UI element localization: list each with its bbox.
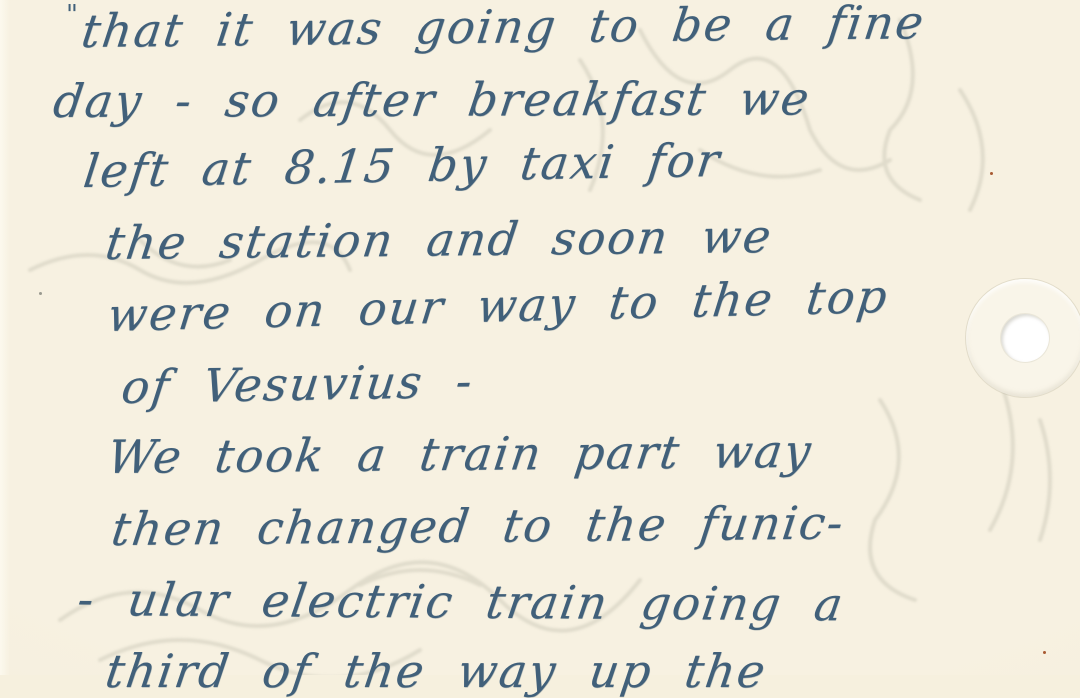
handwriting-line-6: of Vesuvius - [119,354,477,414]
punch-hole-opening [1001,314,1049,362]
handwriting-line-10: third of the way up the [102,644,770,675]
paper-speck [1043,651,1046,654]
letter-page: " that it was going to be a fine day - s… [0,0,1080,675]
handwriting-line-2: day - so after breakfast we [50,71,814,128]
handwriting-line-9: - ular electric train going a [74,572,848,631]
punch-hole [966,279,1080,397]
handwriting-line-5: were on our way to the top [105,269,892,342]
paper-speck [990,172,993,175]
bleed-stroke [870,400,915,600]
handwriting-line-3: left at 8.15 by taxi for [81,133,725,198]
paper-speck [39,292,42,295]
page-edge [0,0,10,675]
handwriting-line-4: the station and soon we [102,209,776,270]
bleed-stroke [990,380,1013,530]
stray-ink-mark: " [66,0,78,30]
handwriting-line-8: then changed to the funic- [108,496,848,556]
bleed-stroke [960,90,983,210]
handwriting-line-7: We took a train part way [104,424,815,484]
handwriting-line-1: that it was going to be a fine [78,0,928,58]
bleed-stroke [1040,420,1050,540]
